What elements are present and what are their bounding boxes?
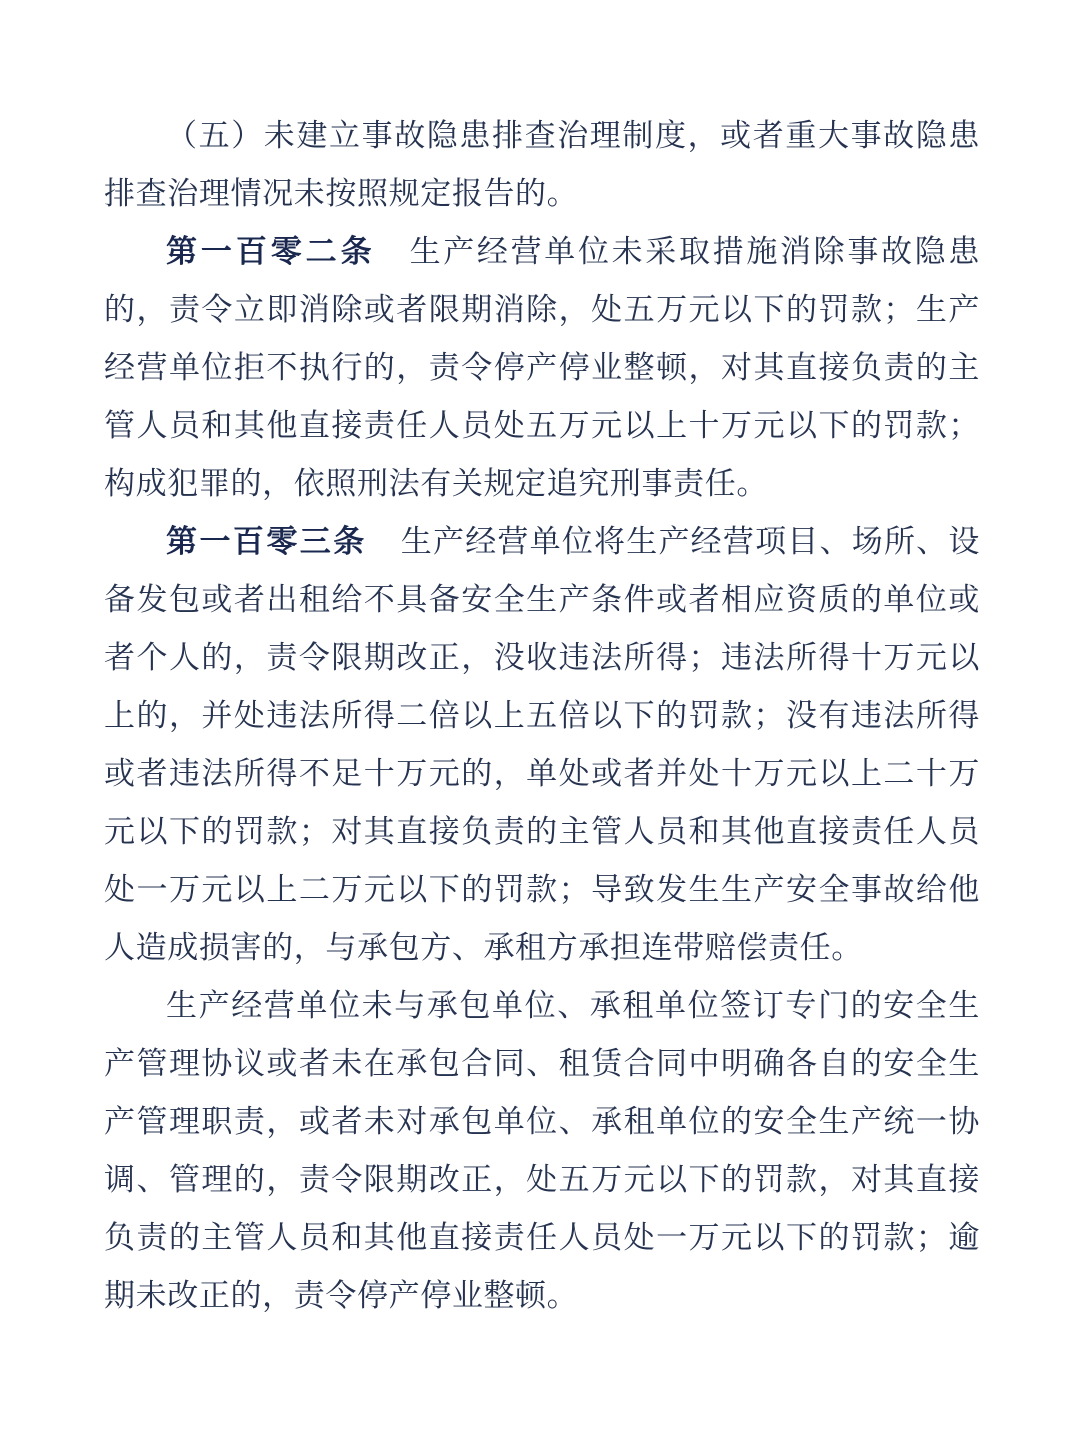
paragraph-text: （五）未建立事故隐患排查治理制度，或者重大事故隐患排查治理情况未按照规定报告的。: [104, 118, 980, 211]
article-number: 第一百零二条: [166, 234, 375, 269]
document-page: （五）未建立事故隐患排查治理制度，或者重大事故隐患排查治理情况未按照规定报告的。…: [0, 0, 1080, 1432]
paragraph-article-103-second: 生产经营单位未与承包单位、承租单位签订专门的安全生产管理协议或者未在承包合同、租…: [104, 977, 980, 1325]
paragraph-article-102: 第一百零二条生产经营单位未采取措施消除事故隐患的，责令立即消除或者限期消除，处五…: [104, 223, 980, 513]
paragraph-article-103: 第一百零三条生产经营单位将生产经营项目、场所、设备发包或者出租给不具备安全生产条…: [104, 513, 980, 977]
paragraph-text: 生产经营单位未与承包单位、承租单位签订专门的安全生产管理协议或者未在承包合同、租…: [104, 988, 980, 1313]
article-number: 第一百零三条: [166, 524, 367, 559]
paragraph-text: 生产经营单位未采取措施消除事故隐患的，责令立即消除或者限期消除，处五万元以下的罚…: [104, 234, 980, 501]
paragraph-clause-item-5: （五）未建立事故隐患排查治理制度，或者重大事故隐患排查治理情况未按照规定报告的。: [104, 107, 980, 223]
paragraph-text: 生产经营单位将生产经营项目、场所、设备发包或者出租给不具备安全生产条件或者相应资…: [104, 524, 980, 965]
